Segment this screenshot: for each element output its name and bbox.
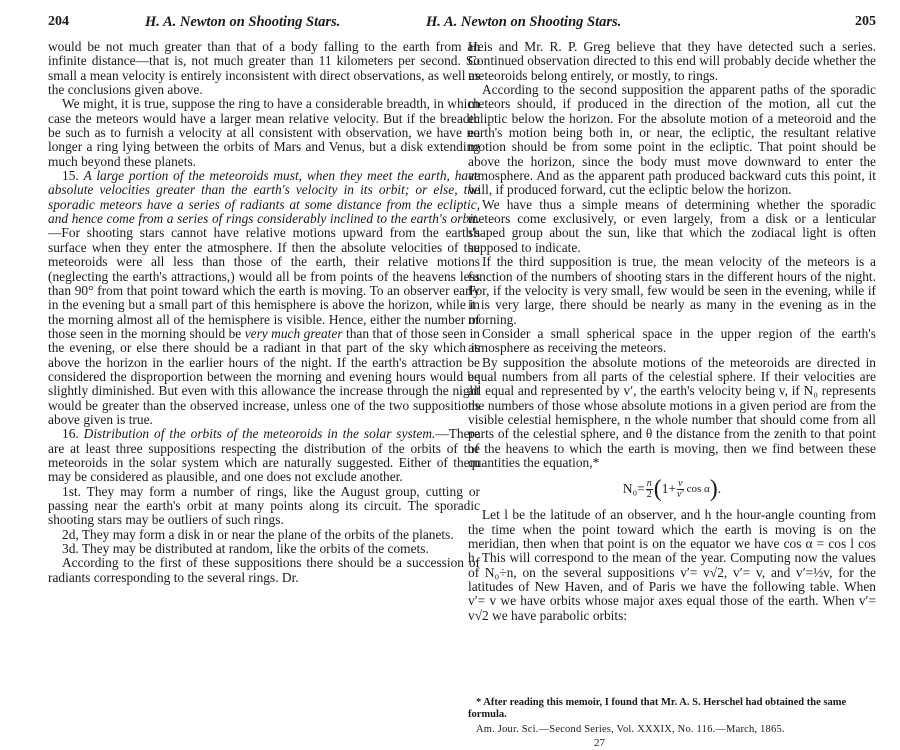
page-number: 205: [855, 14, 876, 30]
section-heading: Distribution of the orbits of the meteor…: [84, 426, 436, 441]
paragraph: According to the second supposition the …: [468, 83, 876, 198]
fraction: n 2: [646, 479, 653, 500]
close-paren: ): [710, 479, 718, 499]
equation: N₀= n 2 ( 1+ v v′ cos α ) .: [468, 476, 876, 502]
paragraph: Consider a small spherical space in the …: [468, 327, 876, 356]
paragraph: 1st. They may form a number of rings, li…: [48, 485, 480, 528]
signature-mark: 27: [594, 737, 605, 749]
footnote: * After reading this memoir, I found tha…: [468, 697, 876, 721]
paragraph: Heis and Mr. R. P. Greg believe that the…: [468, 40, 876, 83]
equation-term: 1+: [662, 482, 676, 496]
running-head: H. A. Newton on Shooting Stars. 205: [468, 14, 876, 34]
running-title: H. A. Newton on Shooting Stars.: [145, 14, 340, 31]
page-number: 204: [48, 14, 69, 30]
paragraph: We have thus a simple means of determini…: [468, 198, 876, 255]
paragraph: 2d, They may form a disk in or near the …: [48, 528, 480, 542]
paragraph: By supposition the absolute motions of t…: [468, 356, 876, 471]
section-number: 15.: [62, 168, 79, 183]
denominator: 2: [647, 490, 652, 500]
paragraph: If the third supposition is true, the me…: [468, 255, 876, 327]
right-page: H. A. Newton on Shooting Stars. 205 Heis…: [468, 0, 876, 750]
section-15: 15. A large portion of the meteoroids mu…: [48, 169, 480, 427]
paragraph: We might, it is true, suppose the ring t…: [48, 97, 480, 169]
equation-tail: .: [718, 482, 721, 496]
section-number: 16.: [62, 426, 79, 441]
running-title: H. A. Newton on Shooting Stars.: [426, 14, 621, 31]
equation-lhs: N₀=: [623, 482, 645, 496]
paragraph-text: than that of those seen in the evening, …: [48, 326, 480, 427]
open-paren: (: [654, 479, 662, 499]
section-heading: A large portion of the meteoroids must, …: [48, 168, 480, 226]
journal-line: Am. Jour. Sci.—Second Series, Vol. XXXIX…: [476, 724, 785, 735]
emphasis: very much greater: [245, 326, 343, 341]
body-text: Heis and Mr. R. P. Greg believe that the…: [468, 40, 876, 623]
body-text: would be not much greater than that of a…: [48, 40, 480, 585]
paragraph: According to the first of these supposit…: [48, 556, 480, 585]
footnote-text: * After reading this memoir, I found tha…: [468, 697, 876, 721]
paragraph-text: —For shooting stars cannot have relative…: [48, 225, 480, 340]
denominator: v′: [677, 490, 684, 500]
fraction: v v′: [677, 479, 684, 500]
paragraph: 3d. They may be distributed at random, l…: [48, 542, 480, 556]
paragraph: would be not much greater than that of a…: [48, 40, 480, 97]
left-page: 204 H. A. Newton on Shooting Stars. woul…: [48, 0, 480, 750]
running-head: 204 H. A. Newton on Shooting Stars.: [48, 14, 480, 34]
section-16: 16. Distribution of the orbits of the me…: [48, 427, 480, 484]
equation-term: cos α: [687, 482, 710, 496]
paragraph: Let l be the latitude of an observer, an…: [468, 508, 876, 623]
